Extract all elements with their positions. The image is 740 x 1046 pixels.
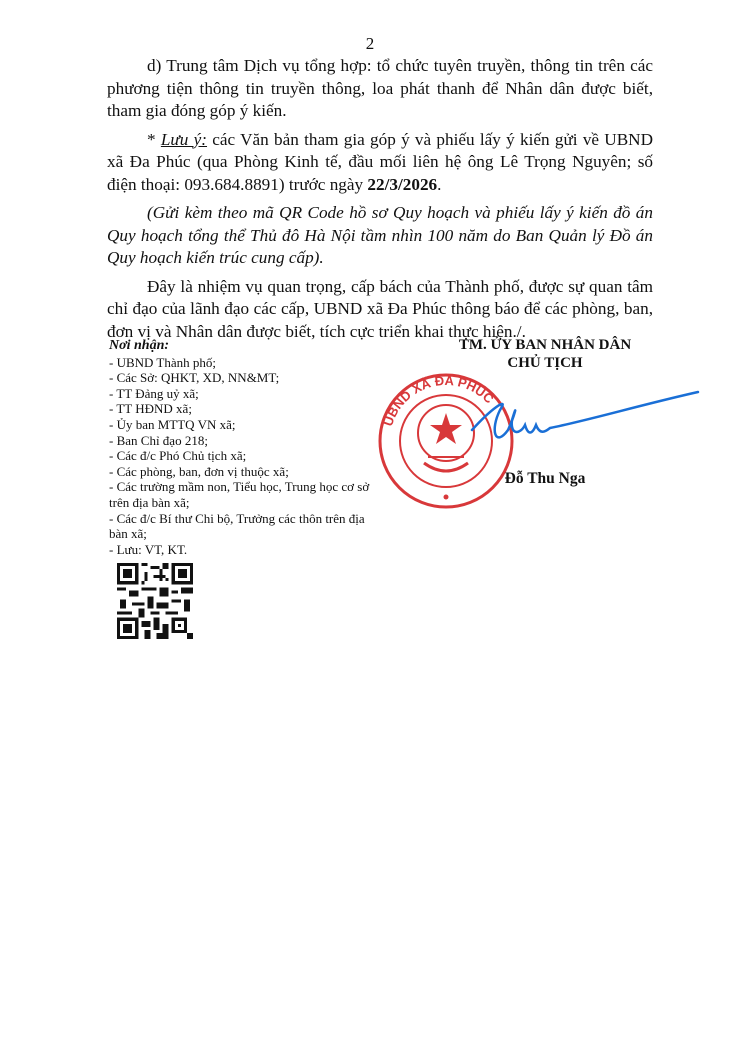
signer-title: CHỦ TỊCH [400, 354, 690, 372]
recipient-item: - Ủy ban MTTQ VN xã; [109, 417, 379, 433]
signer-org: TM. ỦY BAN NHÂN DÂN [400, 336, 690, 354]
recipient-item: - TT Đảng uỷ xã; [109, 386, 379, 402]
recipient-item: - Các trường mầm non, Tiểu học, Trung họ… [109, 479, 379, 510]
note-label: Lưu ý: [161, 130, 207, 149]
recipient-item: - TT HĐND xã; [109, 401, 379, 417]
recipient-item: - Các Sở: QHKT, XD, NN&MT; [109, 370, 379, 386]
page-number: 2 [0, 34, 740, 54]
recipient-item: - Ban Chỉ đạo 218; [109, 433, 379, 449]
recipient-item: - Các phòng, ban, đơn vị thuộc xã; [109, 464, 379, 480]
paragraph-closing: Đây là nhiệm vụ quan trọng, cấp bách của… [107, 276, 653, 344]
recipient-item: - Các đ/c Phó Chủ tịch xã; [109, 448, 379, 464]
handwritten-signature-icon [470, 390, 700, 450]
note-end: . [437, 175, 441, 194]
recipients-list: Nơi nhận: - UBND Thành phố; - Các Sở: QH… [109, 338, 379, 557]
signature-block: TM. ỦY BAN NHÂN DÂN CHỦ TỊCH Đỗ Thu Nga [400, 336, 690, 372]
recipient-item: - UBND Thành phố; [109, 355, 379, 371]
note-prefix: * [147, 130, 161, 149]
deadline-date: 22/3/2026 [367, 175, 437, 194]
qr-code-icon[interactable] [117, 563, 193, 639]
recipient-item: - Lưu: VT, KT. [109, 542, 379, 558]
paragraph-d: d) Trung tâm Dịch vụ tổng hợp: tổ chức t… [107, 55, 653, 123]
paragraph-attachment: (Gửi kèm theo mã QR Code hồ sơ Quy hoạch… [107, 202, 653, 270]
paragraph-note: * Lưu ý: các Văn bản tham gia góp ý và p… [107, 129, 653, 197]
recipients-title: Nơi nhận: [109, 338, 379, 354]
document-body: d) Trung tâm Dịch vụ tổng hợp: tổ chức t… [107, 55, 653, 349]
recipient-item: - Các đ/c Bí thư Chi bộ, Trưởng các thôn… [109, 511, 379, 542]
